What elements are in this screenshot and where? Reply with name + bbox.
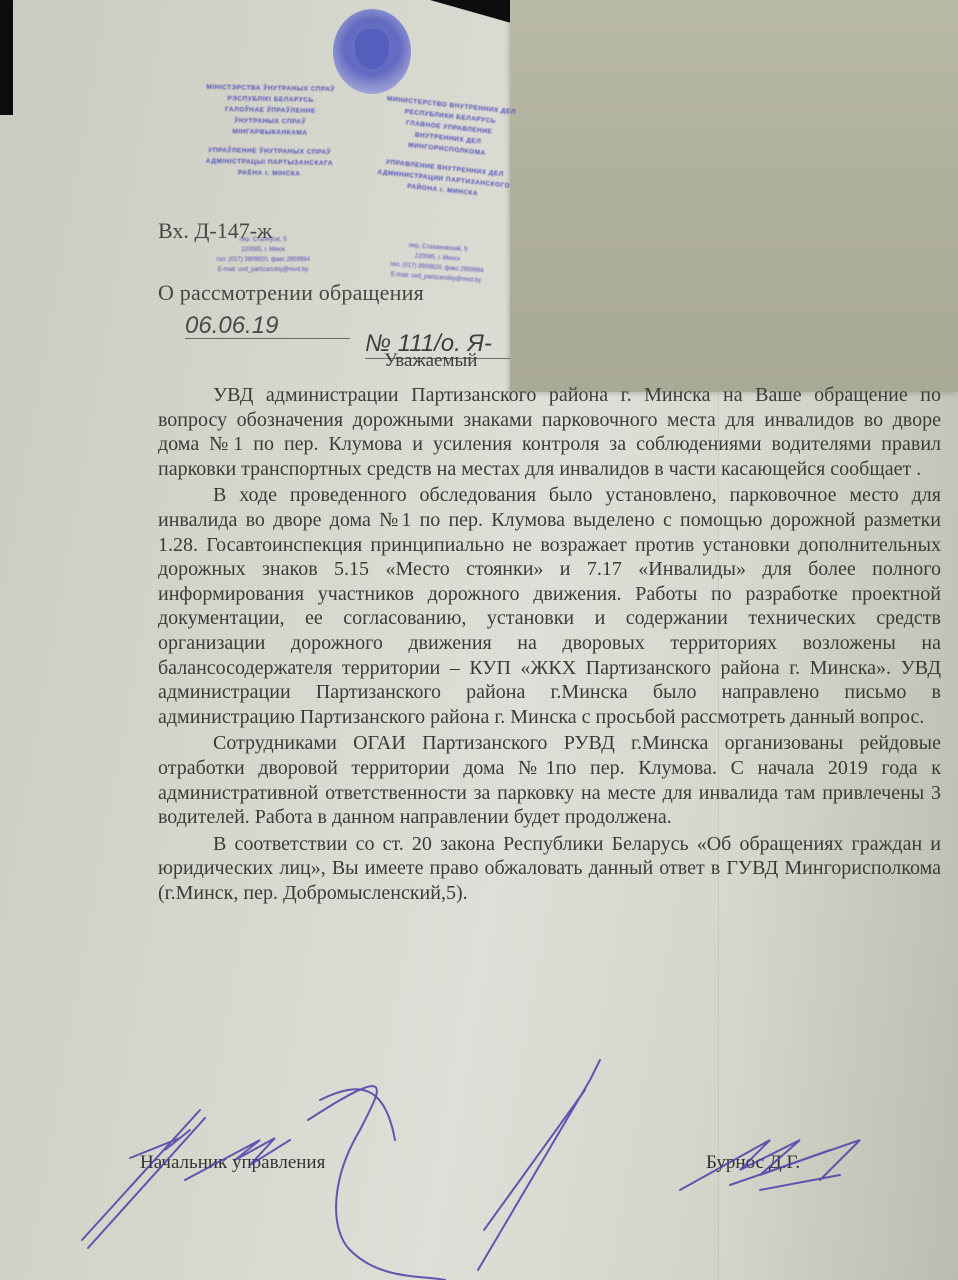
handwritten-date: 06.06.19 — [185, 312, 278, 340]
incoming-reference: Вх. Д-147-ж — [158, 218, 272, 244]
paragraph: В ходе проведенного обследования было ус… — [158, 483, 941, 729]
letter-body: УВД администрации Партизанского района г… — [158, 383, 941, 905]
letterhead-stamp-belarusian: МІНІСТЭРСТВА ЎНУТРАНЫХ СПРАЎ РЭСПУБЛІКІ … — [174, 81, 366, 180]
letterhead-stamp-russian: МИНИСТЕРСТВО ВНУТРЕННИХ ДЕЛ РЕСПУБЛИКИ Б… — [367, 92, 526, 203]
address-line: тэл. (017) 3909820, факс 2959984 — [183, 255, 343, 265]
state-emblem-icon — [333, 9, 411, 94]
address-line: 220085, г. Мінск — [183, 245, 343, 255]
background-edge — [0, 0, 13, 115]
paragraph: Сотрудниками ОГАИ Партизанского РУВД г.М… — [158, 731, 941, 829]
emblem-center — [355, 29, 389, 69]
signatory-title: Начальник управления — [140, 1152, 325, 1174]
salutation: Уважаемый — [384, 350, 477, 372]
address-line: E-mail: uvd_partizanskiy@mvd.by — [183, 265, 343, 275]
signatory-name: Бурнос Д.Г. — [706, 1152, 800, 1174]
folded-page-overlay — [510, 0, 958, 392]
paragraph: УВД администрации Партизанского района г… — [158, 383, 941, 481]
letter-subject: О рассмотрении обращения — [158, 280, 424, 306]
paragraph: В соответствии со ст. 20 закона Республи… — [158, 832, 941, 906]
